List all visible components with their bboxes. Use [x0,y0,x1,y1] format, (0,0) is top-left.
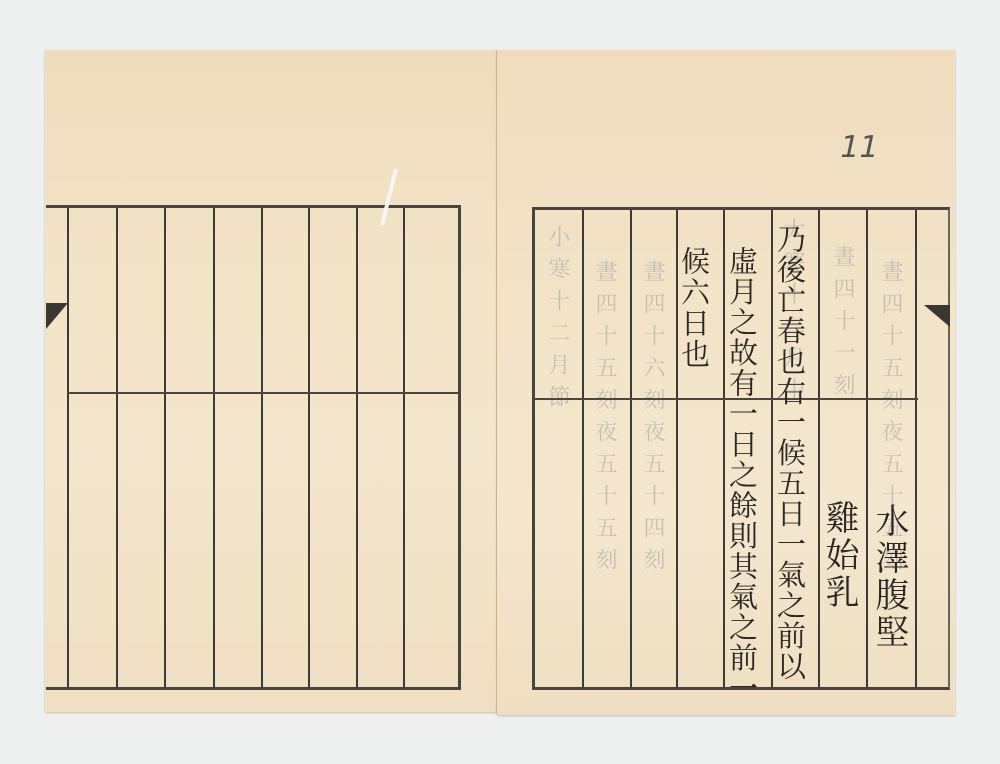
column-rule [818,210,820,687]
column-rule [582,210,584,687]
column-rule [915,210,917,687]
text-column-2: 雞始乳 [822,500,856,611]
column-rule [308,208,310,687]
column-rule [630,210,632,687]
text-column-5: 候六日也 [679,246,708,370]
column-rule [261,208,263,687]
right-page: 11 小寒十二月節 晝四十五刻夜五十五刻 晝四十六刻夜五十四刻 大寒十二月中 晝… [497,50,955,715]
fishtail-mark-icon [46,303,68,329]
page-number: 11 [836,130,882,165]
column-rule [67,208,69,687]
column-rule [403,208,405,687]
fishtail-mark-icon [924,305,950,327]
text-column-4: 虛月之故有一日之餘則其氣之前一 [727,246,756,704]
column-rule [356,208,358,687]
row-rule [67,392,458,394]
column-rule [164,208,166,687]
column-rule [116,208,118,687]
text-column-3: 乃後亡春也右一候五日一氣之前以 [775,224,804,682]
column-rule [866,210,868,687]
column-rule [213,208,215,687]
left-page-grid-frame [46,205,461,690]
left-page [45,50,497,712]
text-column-1: 水澤腹堅 [872,503,906,651]
